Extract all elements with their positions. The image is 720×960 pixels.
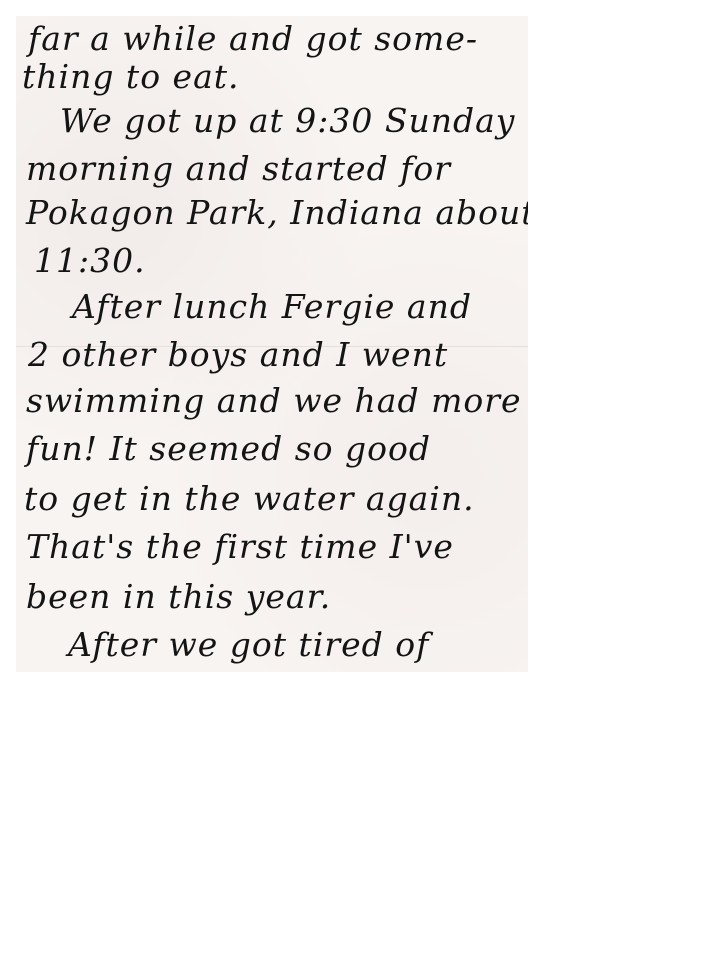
handwritten-line: 2 other boys and I went	[28, 338, 448, 371]
handwritten-line: We got up at 9:30 Sunday	[60, 104, 515, 137]
handwritten-line: morning and started for	[26, 152, 451, 185]
handwritten-line: been in this year.	[26, 580, 331, 613]
handwritten-line: After we got tired of	[68, 628, 429, 661]
handwritten-line: swimming and we had more	[26, 384, 522, 417]
handwritten-line: thing to eat.	[22, 60, 240, 93]
handwritten-line: After lunch Fergie and	[72, 290, 472, 323]
handwritten-line: That's the first time I've	[26, 530, 454, 563]
handwritten-line: Pokagon Park, Indiana about	[26, 196, 528, 229]
handwritten-text: far a while and got some- thing to eat. …	[16, 16, 528, 672]
handwritten-line: 11:30.	[34, 244, 146, 277]
handwritten-line: far a while and got some-	[28, 22, 478, 55]
handwritten-line: fun! It seemed so good	[26, 432, 431, 465]
handwritten-line: to get in the water again.	[24, 482, 475, 515]
scanned-letter-page: far a while and got some- thing to eat. …	[16, 16, 528, 672]
